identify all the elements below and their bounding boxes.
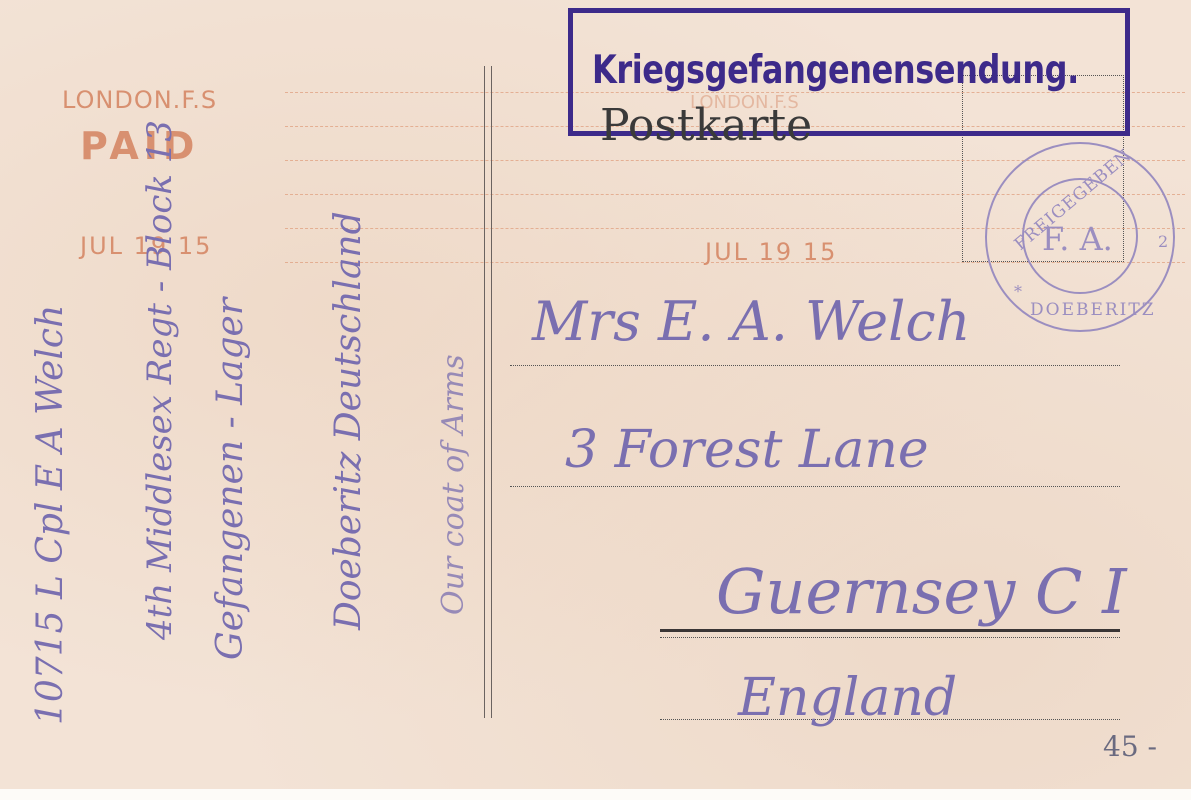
- sender-line-1: 10715 L Cpl E A Welch: [30, 305, 71, 725]
- star-icon: *: [1014, 282, 1022, 301]
- divider-line: [491, 66, 492, 718]
- sender-line-2: 4th Middlesex Regt - Block 13: [140, 120, 180, 640]
- price-note: 45 -: [1103, 730, 1157, 763]
- postmark-right-date: JUL 19 15: [705, 238, 837, 266]
- postkarte-title: Postkarte: [600, 100, 812, 151]
- sender-line-5: Our coat of Arms: [436, 354, 471, 615]
- freigegeben-number: 2: [1158, 232, 1168, 251]
- address-heavy-rule: [660, 629, 1120, 632]
- sender-line-4: Doeberitz Deutschland: [328, 211, 369, 630]
- address-rule-2: [510, 486, 1120, 487]
- address-line-2: 3 Forest Lane: [565, 420, 929, 480]
- address-rule-3: [660, 637, 1120, 638]
- address-line-3: Guernsey C I: [716, 555, 1127, 628]
- freigegeben-initials: F. A.: [1042, 220, 1113, 258]
- address-line-4: England: [738, 668, 957, 728]
- censor-stamp-text: Kriegsgefangenensendung.: [592, 48, 1079, 93]
- address-rule-1: [510, 365, 1120, 366]
- address-line-1: Mrs E. A. Welch: [532, 290, 970, 353]
- postcard: LONDON.F.S PAID JUL 19 15 LONDON.F.S JUL…: [0, 0, 1191, 789]
- scan-margin: [0, 789, 1191, 800]
- divider-line: [484, 66, 485, 718]
- sender-line-3: Gefangenen - Lager: [210, 298, 251, 660]
- postmark-left-line1: LONDON.F.S: [62, 86, 217, 114]
- freigegeben-location: DOEBERITZ: [1030, 300, 1156, 320]
